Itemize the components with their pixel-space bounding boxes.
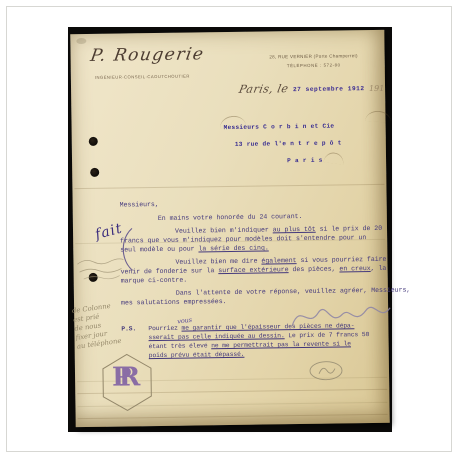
body-paragraph: Veuillez bien me dire également si vous … [120,255,382,286]
recipient-line-1: Messieurs C o r b i n et Cie [224,123,335,132]
text-segment: Le prix de 7 francs 50 [285,331,370,339]
salutation: Messieurs, [120,197,382,210]
underlined-text: poids prévu était dépassé. [149,351,245,359]
printed-bracket-right [365,110,392,123]
text-segment: Veuillez bien me dire [175,258,261,266]
underlined-text: en creux [339,265,370,272]
date-line: Paris, le 27 septembre 1912 191 [239,78,384,98]
recipient-line-2: 13 rue de l'e n t r e p ô t [235,139,342,147]
date-typed-text: 27 septembre 1912 [293,85,365,93]
text-segment: mes salutations empressées. [121,298,227,306]
letter-line: En mains votre honorée du 24 courant. [120,211,382,224]
monogram-letters: PR [112,362,128,392]
pencil-margin-note: de Colonneest priéde nousfixer jourau té… [72,301,122,352]
paraph-circle-icon [307,358,347,383]
letterhead-address-line: 28, RUE VERNIER (Porte Champerret) [249,53,379,60]
letter-body: Messieurs, En mains votre honorée du 24 … [120,197,384,312]
text-segment: étant très élevé [149,342,212,350]
letterhead-name: P. Rougerie [89,44,206,66]
underlined-text: la série des cinq. [198,244,268,252]
printed-bracket-small [323,151,344,164]
date-printed-suffix: 191 [369,84,384,93]
text-segment: , la [371,265,387,272]
text-segment: des pièces, [289,265,340,273]
text-segment: Pourriez [148,325,181,332]
ps-inserted-word: vous [177,316,193,327]
body-paragraph: En mains votre honorée du 24 courant. [120,211,382,224]
letter-photo: P. Rougerie INGÉNIEUR-CONSEIL-CAOUTCHOUT… [68,27,392,432]
punch-hole [90,168,99,177]
text-segment: si vous pourriez faire [297,256,387,264]
letter-paper: P. Rougerie INGÉNIEUR-CONSEIL-CAOUTCHOUT… [70,30,389,427]
ps-label: P.S. [121,324,136,333]
letterhead-address: 28, RUE VERNIER (Porte Champerret) TÉLÉP… [249,53,379,69]
monogram-stamp: PR [101,353,154,412]
paper-smudge [76,38,86,44]
pencil-scribble-icon [75,255,139,282]
postscript-block: P.S. vous Pourriez me garantir que l'épa… [121,321,371,360]
body-paragraph: Veuillez bien m'indiquer au plus tôt si … [120,224,382,255]
underlined-text: surface extérieure [218,266,288,274]
punch-hole [89,137,98,146]
body-paragraphs: En mains votre honorée du 24 courant.Veu… [120,211,383,308]
letterhead-subtitle: INGÉNIEUR-CONSEIL-CAOUTCHOUTIER [95,74,190,80]
paper-crease [74,184,384,189]
ps-lines: Pourriez me garantir que l'épaisseur des… [148,321,371,360]
text-segment: Veuillez bien m'indiquer [175,226,273,234]
letterhead-phone-line: TÉLÉPHONE : 572-80 [249,62,379,69]
text-segment: En mains votre honorée du 24 courant. [158,213,303,222]
underlined-text: au plus tôt [273,226,316,234]
paper-crease [78,414,388,419]
text-segment: si le prix de 20 [316,225,383,233]
recipient-line-3: P a r i s [287,157,323,164]
date-script-text: Paris, le [238,82,290,96]
underlined-text: également [261,257,296,264]
underlined-text: ne me permettrait pas la revente si le [211,340,351,349]
